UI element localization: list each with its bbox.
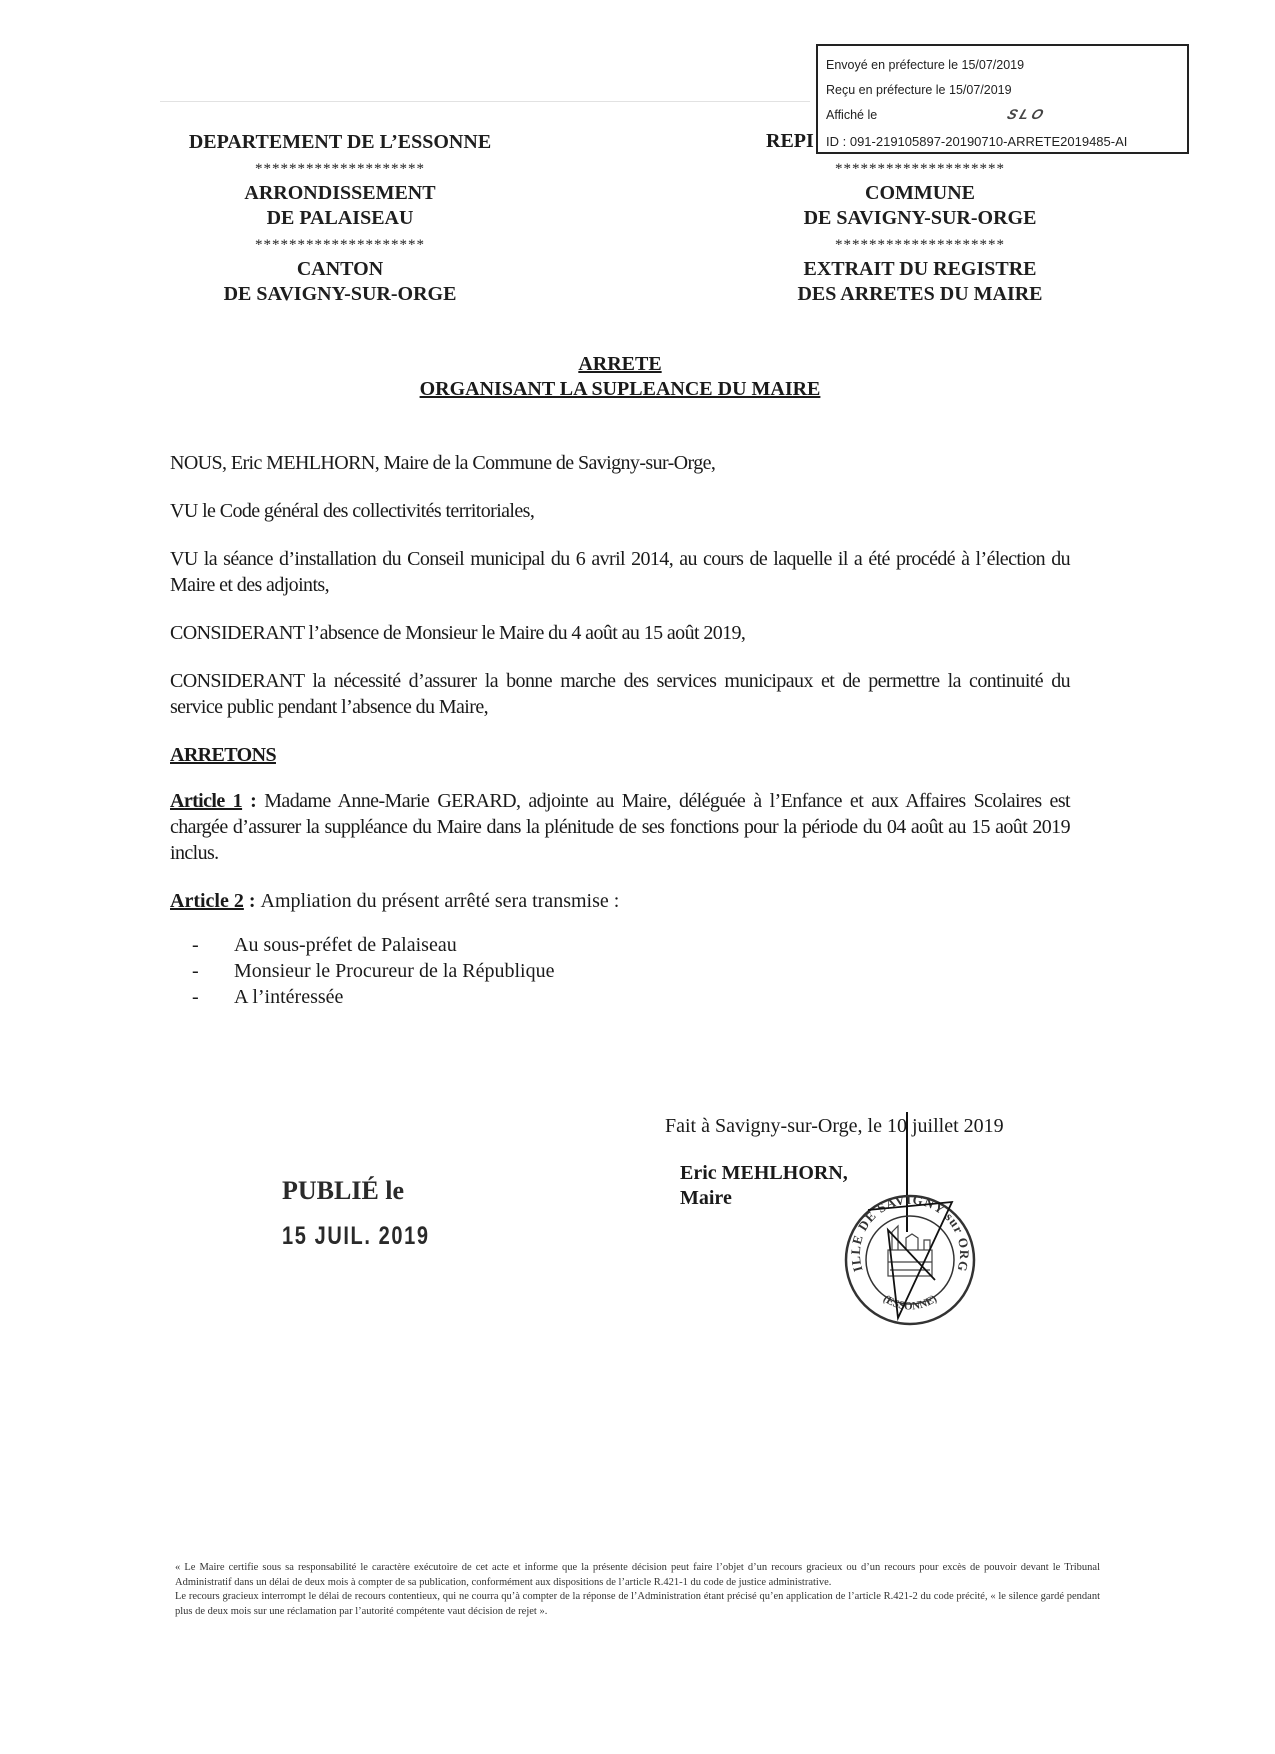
title-line1: ARRETE: [578, 352, 661, 377]
svg-text:(ESSONNE): (ESSONNE): [881, 1293, 940, 1313]
place-and-date: Fait à Savigny-sur-Orge, le 10 juillet 2…: [665, 1115, 1004, 1138]
signature-mark: SLO: [1005, 106, 1049, 122]
arrondissement-line2: DE PALAISEAU: [180, 206, 500, 231]
scan-artifact-line: [160, 101, 810, 102]
article-1-label: Article 1: [170, 790, 242, 812]
signatory-role: Maire: [680, 1186, 848, 1211]
arretons-heading: ARRETONS: [170, 744, 276, 766]
act-id: ID : 091-219105897-20190710-ARRETE201948…: [826, 134, 1127, 149]
signatory-name: Eric MEHLHORN,: [680, 1161, 848, 1186]
posted-label: Affiché le: [826, 108, 877, 122]
article-1-sep: :: [242, 790, 264, 812]
received-date: Reçu en préfecture le 15/07/2019: [826, 83, 1012, 97]
considerant-absence-paragraph: CONSIDERANT l’absence de Monsieur le Mai…: [170, 620, 1070, 646]
commune-line1: COMMUNE: [750, 181, 1090, 206]
list-item: -Monsieur le Procureur de la République: [170, 958, 1070, 984]
considerant-necessite-paragraph: CONSIDERANT la nécessité d’assurer la bo…: [170, 668, 1070, 720]
document-title: ARRETE ORGANISANT LA SUPLEANCE DU MAIRE: [300, 352, 940, 402]
legal-notice: « Le Maire certifie sous sa responsabili…: [175, 1561, 1100, 1619]
recipients-list: -Au sous-préfet de Palaiseau -Monsieur l…: [170, 932, 1070, 1010]
publication-stamp-date: 15 JUIL. 2019: [282, 1222, 430, 1251]
commune-line2: DE SAVIGNY-SUR-ORGE: [750, 206, 1090, 231]
article-2-sep: :: [244, 890, 261, 912]
article-2: Article 2 : Ampliation du présent arrêté…: [170, 888, 1070, 914]
legal-notice-line1: « Le Maire certifie sous sa responsabili…: [175, 1561, 1100, 1590]
vu-code-paragraph: VU le Code général des collectivités ter…: [170, 498, 1070, 524]
header-right: ******************** COMMUNE DE SAVIGNY-…: [750, 130, 1090, 307]
signatory: Eric MEHLHORN, Maire: [680, 1161, 848, 1211]
separator: ********************: [750, 159, 1090, 179]
legal-notice-line2: Le recours gracieux interrompt le délai …: [175, 1590, 1100, 1619]
department-name: DEPARTEMENT DE L’ESSONNE: [180, 130, 500, 155]
register-line2: DES ARRETES DU MAIRE: [750, 282, 1090, 307]
article-2-label: Article 2: [170, 890, 244, 912]
sent-date: Envoyé en préfecture le 15/07/2019: [826, 58, 1024, 72]
canton-line1: CANTON: [180, 257, 500, 282]
title-line2: ORGANISANT LA SUPLEANCE DU MAIRE: [420, 377, 821, 402]
city-seal-icon: VILLE DE SAVIGNY sur ORGE (ESSONNE): [840, 1190, 980, 1330]
article-2-text: Ampliation du présent arrêté sera transm…: [261, 890, 620, 912]
canton-line2: DE SAVIGNY-SUR-ORGE: [180, 282, 500, 307]
list-item: -Au sous-préfet de Palaiseau: [170, 932, 1070, 958]
nous-paragraph: NOUS, Eric MEHLHORN, Maire de la Commune…: [170, 450, 1070, 476]
prefecture-stamp: Envoyé en préfecture le 15/07/2019 Reçu …: [816, 44, 1189, 154]
separator: ********************: [180, 159, 500, 179]
vu-seance-paragraph: VU la séance d’installation du Conseil m…: [170, 546, 1070, 598]
article-1: Article 1 : Madame Anne-Marie GERARD, ad…: [170, 788, 1070, 866]
article-1-text: Madame Anne-Marie GERARD, adjointe au Ma…: [170, 790, 1070, 864]
header-left: DEPARTEMENT DE L’ESSONNE ***************…: [180, 130, 500, 307]
separator: ********************: [750, 235, 1090, 255]
arrondissement-line1: ARRONDISSEMENT: [180, 181, 500, 206]
separator: ********************: [180, 235, 500, 255]
list-item: -A l’intéressée: [170, 984, 1070, 1010]
publication-stamp-label: PUBLIÉ le: [282, 1176, 404, 1206]
register-line1: EXTRAIT DU REGISTRE: [750, 257, 1090, 282]
document-body: NOUS, Eric MEHLHORN, Maire de la Commune…: [170, 450, 1070, 1010]
